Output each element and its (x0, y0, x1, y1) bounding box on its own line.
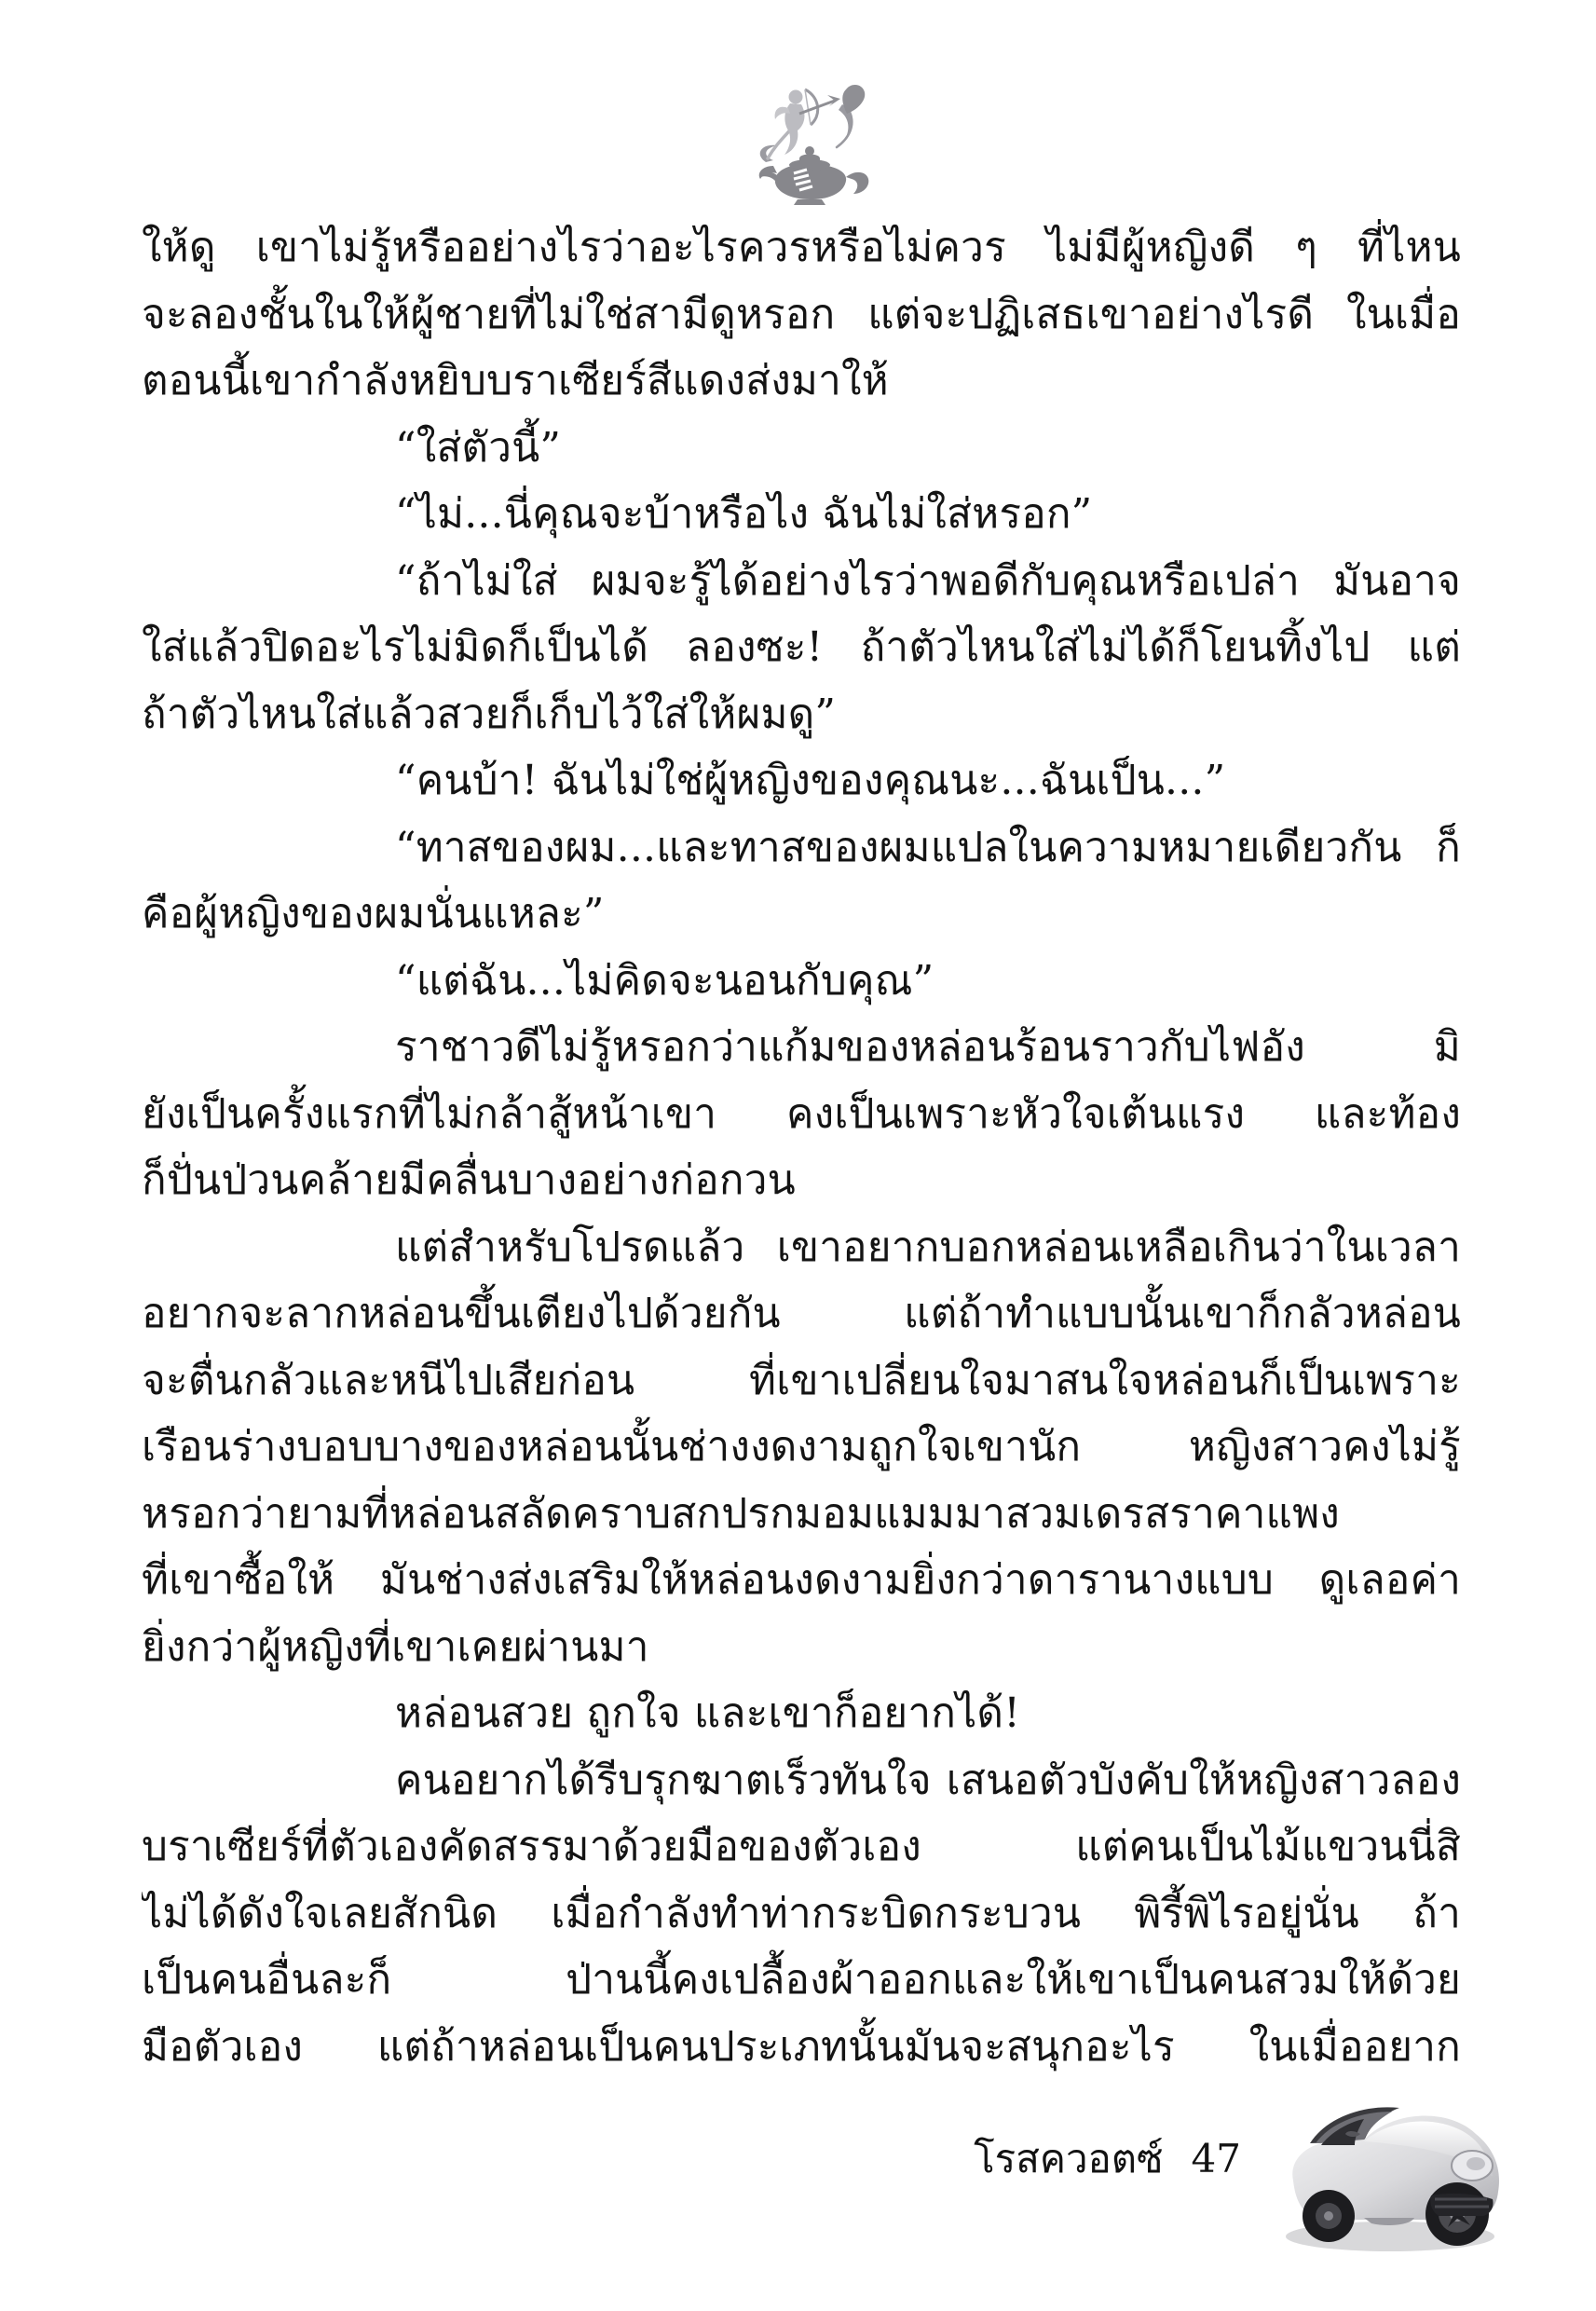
text-line: ยังเป็นครั้งแรกที่ไม่กล้าสู้หน้าเขา คงเป… (142, 1081, 1461, 1148)
text-line: ยิ่งกว่าผู้หญิงที่เขาเคยผ่านมา (142, 1614, 1461, 1681)
text-line: ก็ปั่นป่วนคล้ายมีคลื่นบางอย่างก่อกวน (142, 1147, 1461, 1214)
text-line: คนอยากได้รีบรุกฆาตเร็วทันใจ เสนอตัวบังคั… (142, 1747, 1461, 1814)
text-line: ไม่ได้ดังใจเลยสักนิด เมื่อกำลังทำท่ากระบ… (142, 1880, 1461, 1948)
text-line: จะตื่นกลัวและหนีไปเสียก่อน ที่เขาเปลี่ยน… (142, 1347, 1461, 1415)
text-block: ให้ดู เขาไม่รู้หรืออย่างไรว่าอะไรควรหรือ… (142, 214, 1461, 2080)
text-line: “ไม่...นี่คุณจะบ้าหรือไง ฉันไม่ใส่หรอก” (142, 481, 1461, 548)
footer: โรสควอตซ์47 (0, 2128, 1241, 2190)
text-line: อยากจะลากหล่อนขึ้นเตียงไปด้วยกัน แต่ถ้าท… (142, 1280, 1461, 1347)
text-line: หรอกว่ายามที่หล่อนสลัดคราบสกปรกมอมแมมมาส… (142, 1481, 1461, 1548)
text-line: เป็นคนอื่นละก็ ป่านนี้คงเปลื้องผ้าออกและ… (142, 1947, 1461, 2014)
text-line: “แต่ฉัน...ไม่คิดจะนอนกับคุณ” (142, 948, 1461, 1015)
text-line: “คนบ้า! ฉันไม่ใช่ผู้หญิงของคุณนะ...ฉันเป… (142, 747, 1461, 814)
text-line: เรือนร่างบอบบางของหล่อนนั้นช่างงดงามถูกใ… (142, 1414, 1461, 1481)
sports-car-icon (1275, 2076, 1506, 2259)
text-line: “ถ้าไม่ใส่ ผมจะรู้ได้อย่างไรว่าพอดีกับคุ… (142, 548, 1461, 615)
text-line: ถ้าตัวไหนใส่แล้วสวยก็เก็บไว้ใส่ให้ผมดู” (142, 681, 1461, 748)
book-title: โรสควอตซ์ (974, 2136, 1163, 2181)
text-line: “ทาสของผม...และทาสของผมแปลในความหมายเดีย… (142, 814, 1461, 882)
text-line: บราเซียร์ที่ตัวเองคัดสรรมาด้วยมือของตัวเ… (142, 1813, 1461, 1880)
book-page: ให้ดู เขาไม่รู้หรืออย่างไรว่าอะไรควรหรือ… (0, 0, 1596, 2311)
text-line: จะลองชั้นในให้ผู้ชายที่ไม่ใช่สามีดูหรอก … (142, 281, 1461, 349)
text-line: มือตัวเอง แต่ถ้าหล่อนเป็นคนประเภทนั้นมัน… (142, 2014, 1461, 2081)
text-line: “ใส่ตัวนี้” (142, 415, 1461, 482)
text-line: ใส่แล้วปิดอะไรไม่มิดก็เป็นได้ ลองซะ! ถ้า… (142, 614, 1461, 681)
text-line: ตอนนี้เขากำลังหยิบบราเซียร์สีแดงส่งมาให้ (142, 348, 1461, 415)
cupid-lamp-ornament-icon (753, 76, 888, 207)
page-number: 47 (1192, 2136, 1241, 2181)
text-line: ที่เขาซื้อให้ มันช่างส่งเสริมให้หล่อนงดง… (142, 1547, 1461, 1614)
text-line: ราชาวดีไม่รู้หรอกว่าแก้มของหล่อนร้อนราวก… (142, 1014, 1461, 1081)
text-line: คือผู้หญิงของผมนั่นแหละ” (142, 881, 1461, 948)
text-line: ให้ดู เขาไม่รู้หรืออย่างไรว่าอะไรควรหรือ… (142, 214, 1461, 281)
text-line: หล่อนสวย ถูกใจ และเขาก็อยากได้! (142, 1680, 1461, 1747)
text-line: แต่สำหรับโปรดแล้ว เขาอยากบอกหล่อนเหลือเก… (142, 1214, 1461, 1281)
